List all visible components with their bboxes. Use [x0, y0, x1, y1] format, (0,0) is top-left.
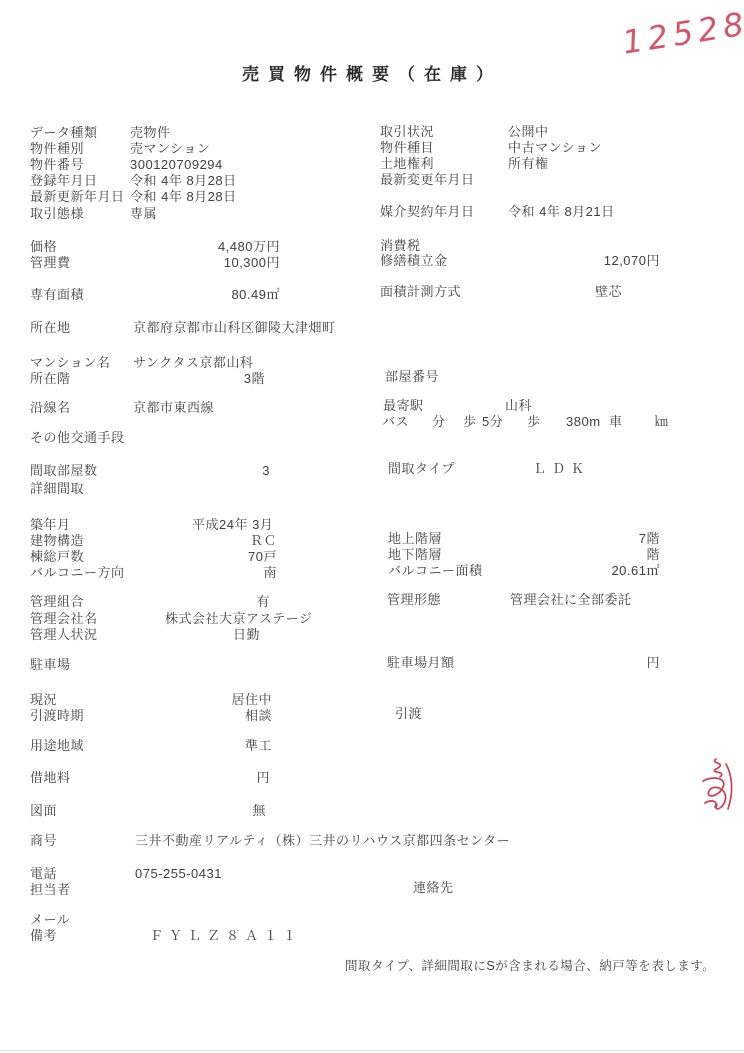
handwritten-number: 12528 — [620, 4, 744, 61]
field-nearest-station-label: 最寄駅 — [383, 398, 424, 413]
field-email-label: メール — [30, 912, 70, 927]
field-floors-below-label: 地下階層 — [388, 547, 442, 562]
field-floor-located-label: 所在階 — [30, 371, 71, 386]
field-transaction-status-value: 公開中 — [508, 124, 549, 139]
page-title: 売買物件概要（在庫） — [0, 60, 744, 85]
field-registration-date-value: 令和 4年 8月28日 — [130, 173, 237, 188]
scan-edge-artifact — [0, 1050, 744, 1051]
field-balcony-area-value: 20.61㎡ — [508, 563, 660, 578]
field-management-form-value: 管理会社に全部委託 — [510, 592, 632, 607]
field-current-status-label: 現況 — [30, 692, 57, 707]
field-transaction-mode-label: 取引態様 — [30, 206, 84, 221]
field-room-count-value: 3 — [130, 463, 270, 478]
field-location-label: 所在地 — [30, 320, 71, 335]
field-parking-monthly-value: 円 — [508, 655, 660, 670]
field-property-number-label: 物件番号 — [30, 157, 84, 172]
access-token-distance: 380m — [566, 414, 601, 429]
footer-note: 間取タイプ、詳細間取にSが含まれる場合、納戸等を表します。 — [345, 956, 715, 974]
field-management-assoc-value: 有 — [130, 594, 270, 609]
field-building-name-label: マンション名 — [30, 355, 110, 370]
field-person-in-charge-label: 担当者 — [30, 882, 71, 897]
field-land-rights-value: 所有権 — [508, 156, 549, 171]
field-management-company-label: 管理会社名 — [30, 611, 98, 626]
field-registration-date-label: 登録年月日 — [30, 173, 98, 188]
field-property-category-label: 物件種別 — [30, 141, 84, 156]
field-consumption-tax-label: 消費税 — [380, 238, 421, 253]
field-handover-label: 引渡 — [395, 706, 422, 721]
field-last-update-date-value: 令和 4年 8月28日 — [130, 189, 237, 204]
field-layout-detail-label: 詳細間取 — [30, 481, 84, 496]
field-management-fee-label: 管理費 — [30, 255, 71, 270]
field-handover-time-value: 相談 — [130, 708, 272, 723]
field-drawing-value: 無 — [130, 803, 266, 818]
field-management-company-value: 株式会社大京アステージ — [165, 611, 312, 626]
field-property-category-value: 売マンション — [130, 141, 210, 156]
field-manager-status-label: 管理人状況 — [30, 627, 98, 642]
field-repair-reserve-label: 修繕積立金 — [380, 253, 448, 268]
access-token-walk2: 歩 — [527, 414, 541, 429]
field-drawing-label: 図面 — [30, 803, 57, 818]
field-balcony-area-label: バルコニー面積 — [388, 563, 483, 578]
field-remarks-value: ＦＹＬＺ８Ａ１１ — [150, 928, 302, 943]
field-area-measurement-value: 壁芯 — [595, 284, 622, 299]
field-company-name-value: 三井不動産リアルティ（株）三井のリハウス京都四条センター — [135, 833, 510, 848]
field-data-type-value: 売物件 — [130, 125, 171, 140]
field-built-date-value: 平成24年 3月 — [192, 517, 273, 532]
field-price-label: 価格 — [30, 239, 57, 254]
access-token-bus-min: 分 — [432, 414, 446, 429]
field-zoning-value: 準工 — [130, 738, 272, 753]
access-token-bus: バス — [382, 414, 409, 429]
field-layout-type-label: 間取タイプ — [388, 461, 455, 476]
field-built-date-label: 築年月 — [30, 517, 71, 532]
field-rail-line-label: 沿線名 — [30, 400, 71, 415]
field-management-assoc-label: 管理組合 — [30, 594, 84, 609]
field-phone-value: 075-255-0431 — [135, 866, 222, 881]
field-other-transport-label: その他交通手段 — [30, 430, 125, 445]
field-balcony-direction-value: 南 — [130, 565, 277, 580]
field-property-number-value: 300120709294 — [130, 157, 223, 172]
field-last-update-date-label: 最新更新年月日 — [30, 189, 125, 204]
field-balcony-direction-label: バルコニー方向 — [30, 565, 125, 580]
access-token-walk: 歩 — [463, 414, 477, 429]
field-management-fee-value: 10,300円 — [130, 255, 280, 270]
field-land-lease-fee-value: 円 — [130, 770, 270, 785]
field-manager-status-value: 日勤 — [130, 627, 260, 642]
field-last-change-date-label: 最新変更年月日 — [380, 172, 475, 187]
field-data-type-label: データ種類 — [30, 125, 98, 140]
field-management-form-label: 管理形態 — [387, 592, 441, 607]
field-layout-type-value: ＬＤＫ — [533, 461, 590, 476]
field-room-count-label: 間取部屋数 — [30, 463, 98, 478]
field-building-name-value: サンクタス京都山科 — [133, 355, 253, 370]
field-transaction-status-label: 取引状況 — [380, 124, 434, 139]
field-phone-label: 電話 — [30, 866, 57, 881]
field-current-status-value: 居住中 — [130, 692, 272, 707]
field-transaction-mode-value: 専属 — [130, 206, 157, 221]
field-parking-label: 駐車場 — [30, 657, 71, 672]
field-rail-line-value: 京都市東西線 — [133, 400, 214, 415]
field-structure-label: 建物構造 — [30, 533, 84, 548]
access-token-car: 車 — [609, 414, 623, 429]
field-price-value: 4,480万円 — [130, 239, 280, 254]
field-handover-time-label: 引渡時期 — [30, 708, 84, 723]
field-brokerage-contract-date-label: 媒介契約年月日 — [380, 204, 475, 219]
access-token-walk-min: 5分 — [482, 414, 503, 429]
field-exclusive-area-value: 80.49㎡ — [130, 287, 280, 302]
field-repair-reserve-value: 12,070円 — [508, 253, 660, 268]
field-contact-label: 連絡先 — [413, 880, 454, 895]
field-structure-value: ＲＣ — [130, 533, 277, 548]
field-property-type-label: 物件種目 — [380, 140, 434, 155]
field-floor-located-value: 3階 — [130, 371, 265, 386]
field-total-units-label: 棟総戸数 — [30, 549, 84, 564]
field-remarks-label: 備考 — [30, 928, 57, 943]
field-brokerage-contract-date-value: 令和 4年 8月21日 — [508, 204, 615, 219]
field-location-value: 京都府京都市山科区御陵大津畑町 — [133, 320, 336, 335]
field-company-name-label: 商号 — [30, 833, 57, 848]
access-token-km: ㎞ — [655, 414, 669, 429]
field-floors-above-label: 地上階層 — [388, 531, 442, 546]
field-zoning-label: 用途地域 — [30, 738, 84, 753]
field-land-rights-label: 土地権利 — [380, 156, 434, 171]
field-area-measurement-label: 面積計測方式 — [380, 284, 461, 299]
field-floors-below-value: 階 — [508, 547, 660, 562]
field-total-units-value: 70戸 — [130, 549, 277, 564]
field-room-number-label: 部屋番号 — [385, 369, 439, 384]
red-stamp-scribble — [695, 755, 741, 817]
field-land-lease-fee-label: 借地料 — [30, 770, 71, 785]
field-property-type-value: 中古マンション — [508, 140, 602, 155]
document-page: 12528 売買物件概要（在庫） データ種類 売物件 物件種別 売マンション 物… — [0, 0, 744, 1053]
field-nearest-station-value: 山科 — [505, 398, 532, 413]
field-floors-above-value: 7階 — [508, 531, 660, 546]
field-parking-monthly-label: 駐車場月額 — [387, 655, 455, 670]
field-exclusive-area-label: 専有面積 — [30, 287, 84, 302]
